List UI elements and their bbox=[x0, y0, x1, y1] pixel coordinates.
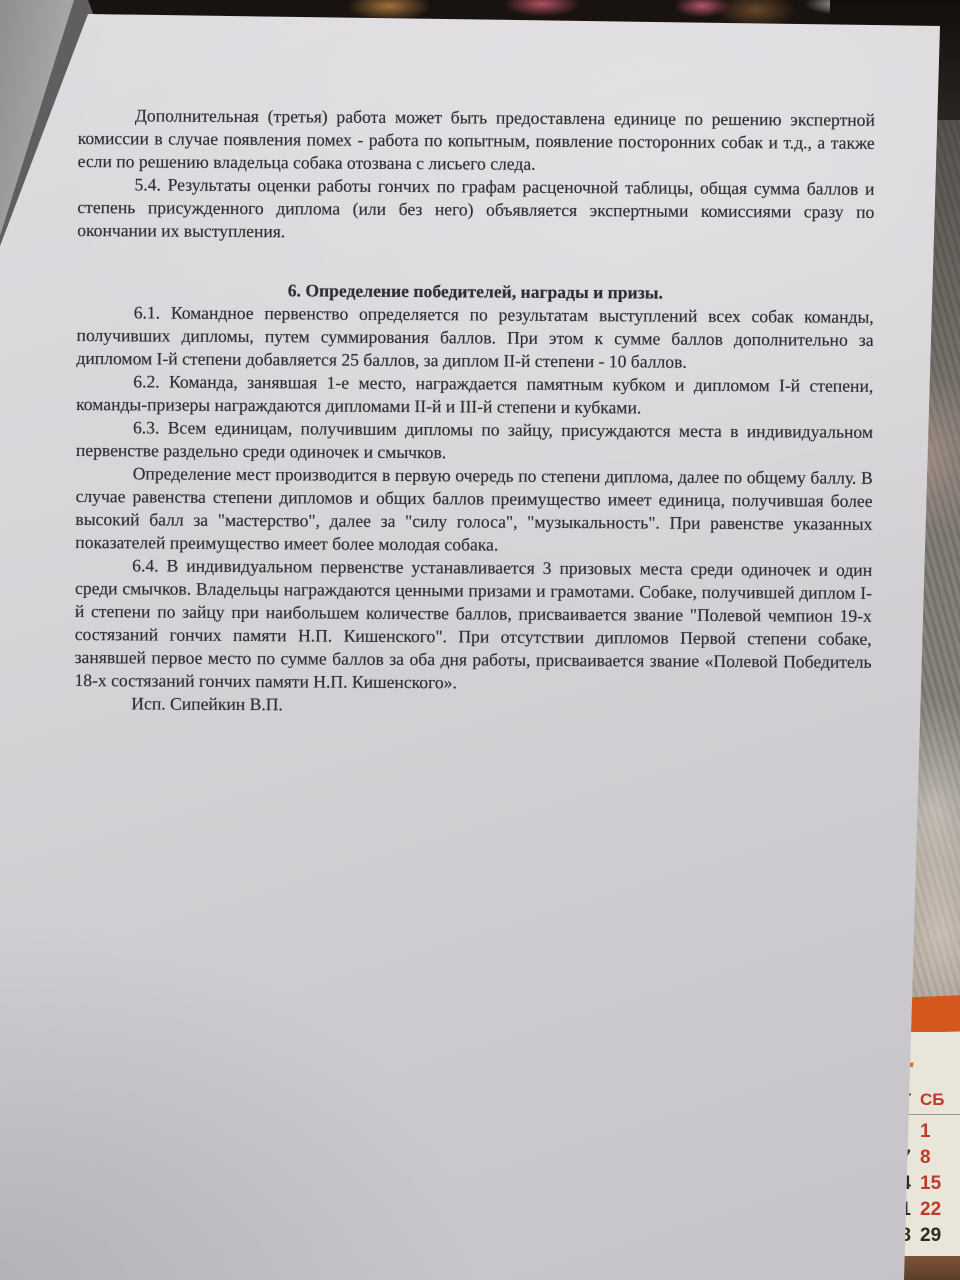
paragraph-6-2: 6.2. Команда, занявшая 1-е место, награж… bbox=[76, 370, 873, 421]
paragraph-places: Определение мест производится в первую о… bbox=[75, 462, 873, 559]
calendar-date: 22 bbox=[920, 1199, 952, 1221]
photo-of-document: { "document": { "paragraphs": [ "Дополни… bbox=[0, 0, 960, 1280]
calendar-date: 29 bbox=[920, 1225, 952, 1247]
document-text: Дополнительная (третья) работа может быт… bbox=[74, 104, 875, 720]
calendar-date: 8 bbox=[920, 1147, 952, 1169]
document-sheet: Дополнительная (третья) работа может быт… bbox=[0, 0, 960, 1280]
executor-signature: Исп. Сипейкин В.П. bbox=[74, 692, 871, 720]
calendar-date: 15 bbox=[920, 1173, 952, 1195]
calendar-date: 1 bbox=[920, 1121, 952, 1143]
paragraph-additional-work: Дополнительная (третья) работа может быт… bbox=[78, 104, 875, 178]
paragraph-6-4: 6.4. В индивидуальном первенстве устанав… bbox=[74, 554, 872, 697]
paragraph-6-3: 6.3. Всем единицам, получившим дипломы п… bbox=[76, 416, 873, 467]
calendar-weekday-saturday: СБ bbox=[920, 1090, 952, 1110]
paragraph-6-1: 6.1. Командное первенство определяется п… bbox=[76, 301, 873, 375]
paragraph-5-4: 5.4. Результаты оценки работы гончих по … bbox=[77, 173, 874, 247]
